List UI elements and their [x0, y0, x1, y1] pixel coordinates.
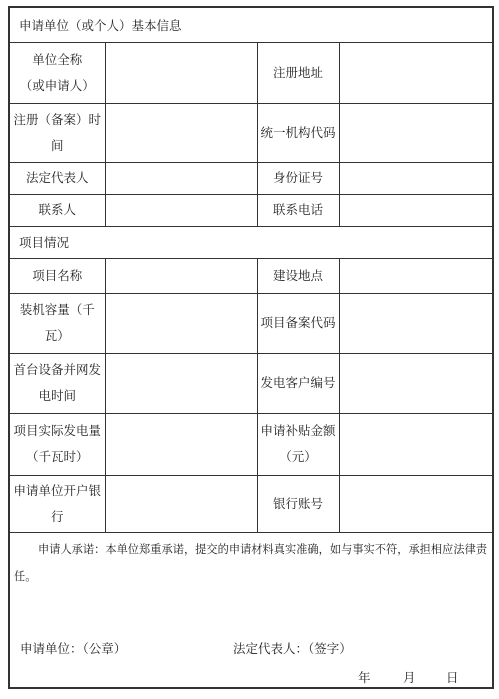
- field-value-registration-time[interactable]: [105, 103, 257, 162]
- field-label-contact-person: 联系人: [9, 194, 105, 226]
- commitment-text: 申请人承诺：本单位郑重承诺，提交的申请材料真实准确，如与事实不符，承担相应法律责…: [14, 537, 487, 591]
- table-row: 装机容量（千 瓦） 项目备案代码: [9, 293, 493, 353]
- field-value-applicant-bank[interactable]: [105, 475, 257, 532]
- field-label-actual-generation: 项目实际发电量 （千瓦时）: [9, 413, 105, 475]
- date-month-label: 月: [403, 668, 416, 686]
- applicant-seal-label: 申请单位：（公章）: [20, 639, 126, 657]
- field-label-power-customer-number: 发电客户编号: [257, 353, 339, 413]
- field-label-project-record-code: 项目备案代码: [257, 293, 339, 353]
- table-row: 首台设备并网发 电时间 发电客户编号: [9, 353, 493, 413]
- field-value-bank-account[interactable]: [339, 475, 493, 532]
- date-day-label: 日: [446, 668, 459, 686]
- field-label-project-name: 项目名称: [9, 258, 105, 293]
- field-value-registered-address[interactable]: [339, 42, 493, 103]
- field-label-bank-account: 银行账号: [257, 475, 339, 532]
- field-value-project-record-code[interactable]: [339, 293, 493, 353]
- table-row: 单位全称 （或申请人） 注册地址: [9, 42, 493, 103]
- field-label-installed-capacity: 装机容量（千 瓦）: [9, 293, 105, 353]
- field-label-registration-time: 注册（备案）时 间: [9, 103, 105, 162]
- field-label-unit-name: 单位全称 （或申请人）: [9, 42, 105, 103]
- field-value-contact-phone[interactable]: [339, 194, 493, 226]
- field-label-applicant-bank: 申请单位开户银 行: [9, 475, 105, 532]
- field-label-first-grid-connection-time: 首台设备并网发 电时间: [9, 353, 105, 413]
- field-label-unified-org-code: 统一机构代码: [257, 103, 339, 162]
- field-label-id-number: 身份证号: [257, 162, 339, 194]
- table-row: 申请单位开户银 行 银行账号: [9, 475, 493, 532]
- table-row: 注册（备案）时 间 统一机构代码: [9, 103, 493, 162]
- field-label-subsidy-amount: 申请补贴金额 （元）: [257, 413, 339, 475]
- field-value-first-grid-connection-time[interactable]: [105, 353, 257, 413]
- field-label-construction-site: 建设地点: [257, 258, 339, 293]
- legal-representative-signature-label: 法定代表人：（签字）: [233, 639, 352, 657]
- field-label-contact-phone: 联系电话: [257, 194, 339, 226]
- field-value-legal-representative[interactable]: [105, 162, 257, 194]
- field-label-registered-address: 注册地址: [257, 42, 339, 103]
- section-header-project-info: 项目情况: [9, 226, 493, 258]
- field-value-project-name[interactable]: [105, 258, 257, 293]
- date-year-label: 年: [358, 668, 371, 686]
- section-header-basic-info: 申请单位（或个人）基本信息: [9, 7, 493, 42]
- field-value-unit-name[interactable]: [105, 42, 257, 103]
- field-value-unified-org-code[interactable]: [339, 103, 493, 162]
- field-value-subsidy-amount[interactable]: [339, 413, 493, 475]
- application-form-table: 申请单位（或个人）基本信息 单位全称 （或申请人） 注册地址 注册（备案）时 间…: [8, 6, 494, 689]
- field-value-construction-site[interactable]: [339, 258, 493, 293]
- field-value-installed-capacity[interactable]: [105, 293, 257, 353]
- table-row: 项目实际发电量 （千瓦时） 申请补贴金额 （元）: [9, 413, 493, 475]
- commitment-signature-cell: 申请人承诺：本单位郑重承诺，提交的申请材料真实准确，如与事实不符，承担相应法律责…: [9, 532, 493, 688]
- field-value-power-customer-number[interactable]: [339, 353, 493, 413]
- table-row: 项目名称 建设地点: [9, 258, 493, 293]
- field-value-actual-generation[interactable]: [105, 413, 257, 475]
- table-row: 法定代表人 身份证号: [9, 162, 493, 194]
- field-label-legal-representative: 法定代表人: [9, 162, 105, 194]
- table-row: 联系人 联系电话: [9, 194, 493, 226]
- field-value-contact-person[interactable]: [105, 194, 257, 226]
- field-value-id-number[interactable]: [339, 162, 493, 194]
